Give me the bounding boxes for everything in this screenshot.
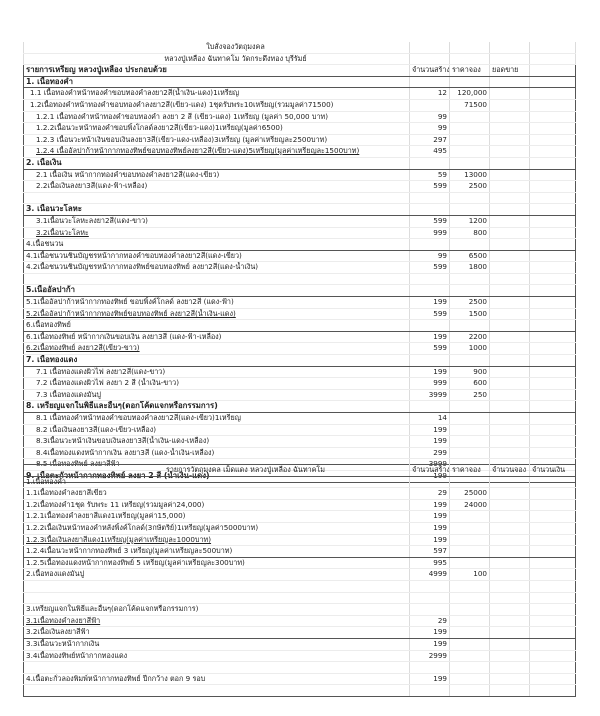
item-qty: 2999 (410, 650, 450, 662)
item-input-2[interactable] (530, 250, 576, 262)
item-input-2[interactable] (530, 215, 576, 227)
item-input[interactable] (490, 557, 530, 569)
item-qty: 199 (410, 366, 450, 378)
item-price (450, 134, 490, 146)
item-input-2[interactable] (530, 580, 576, 592)
item-price: 6500 (450, 250, 490, 262)
table-row: 1.2.1เนื้อทองคำลงยาสีแดง1เหรียญ(มูลค่า15… (24, 511, 576, 523)
item-price: 900 (450, 366, 490, 378)
item-input[interactable] (490, 227, 530, 239)
table-row: 6.2เนื้อทองทิพย์ ลงยา2สี(เขียว-ขาว)59910… (24, 343, 576, 355)
item-qty: 495 (410, 146, 450, 158)
item-price: 1500 (450, 308, 490, 320)
item-qty: 99 (410, 250, 450, 262)
item-price (450, 627, 490, 639)
table-row: 3.1เนื้อนวะโลหะลงยา2สี(แดง-ขาว)5991200 (24, 215, 576, 227)
item-input-2[interactable] (530, 76, 576, 88)
item-input-2[interactable] (530, 534, 576, 546)
item-input[interactable] (490, 343, 530, 355)
item-price (450, 534, 490, 546)
item-input-2[interactable] (530, 99, 576, 111)
item-price: 1800 (450, 262, 490, 274)
item-input-2[interactable] (530, 134, 576, 146)
table-row (24, 580, 576, 592)
item-input[interactable] (490, 378, 530, 390)
item-input[interactable] (490, 476, 530, 488)
item-qty: 199 (410, 331, 450, 343)
table-row: 3.2เนื้อเงินลงยาสีฟ้า199 (24, 627, 576, 639)
item-input-2[interactable] (530, 192, 576, 204)
item-input-2[interactable] (530, 157, 576, 169)
item-qty: 199 (410, 638, 450, 650)
item-input[interactable] (490, 355, 530, 367)
item-label: 1.เนื้อทองคำ (24, 476, 410, 488)
table-row: 8.3เนื้อนวะหน้าเงินขอบเงินลงยา3สี(น้ำเงิ… (24, 436, 576, 448)
item-qty (410, 204, 450, 216)
item-input[interactable] (490, 215, 530, 227)
item-input[interactable] (490, 522, 530, 534)
item-input[interactable] (490, 204, 530, 216)
item-input-2[interactable] (530, 401, 576, 413)
item-price (450, 146, 490, 158)
item-price (450, 273, 490, 285)
item-input[interactable] (490, 592, 530, 604)
item-input[interactable] (490, 123, 530, 135)
item-input[interactable] (490, 389, 530, 401)
item-input-2[interactable] (530, 181, 576, 193)
item-label: 1.2เนื้อทองคำ1ชุด รับพระ 11 เหรียญ(รวมมู… (24, 499, 410, 511)
item-qty (410, 355, 450, 367)
item-input[interactable] (490, 273, 530, 285)
item-input-2[interactable] (530, 262, 576, 274)
item-input-2[interactable] (530, 638, 576, 650)
item-qty: 995 (410, 557, 450, 569)
item-input-2[interactable] (530, 343, 576, 355)
item-input[interactable] (490, 447, 530, 459)
item-qty: 599 (410, 215, 450, 227)
table-row: 2.2เนื้อเงินลงยา3สี(แดง-ฟ้า-เหลือง)59925… (24, 181, 576, 193)
item-input[interactable] (490, 685, 530, 697)
item-qty (410, 592, 450, 604)
table-row: 3. เนื้อนวะโลหะ (24, 204, 576, 216)
item-label: 3.เหรียญแจกในพิธีและอื่นๆ(ดอกโค้ดแจกหรือ… (24, 604, 410, 616)
item-price (450, 557, 490, 569)
item-label: 4.เนื้อชนวน (24, 239, 410, 251)
item-price (450, 476, 490, 488)
table-row (24, 192, 576, 204)
item-label: 1.2.3เนื้อเงินลงยาสีแดง1เหรียญ(มูลค่าเหร… (24, 534, 410, 546)
item-input-2[interactable] (530, 522, 576, 534)
item-price (450, 604, 490, 616)
table-row: 3.3เนื้อนวะหน้ากากเงิน199 (24, 638, 576, 650)
item-label (24, 580, 410, 592)
item-label: 3.3เนื้อนวะหน้ากากเงิน (24, 638, 410, 650)
item-qty: 199 (410, 424, 450, 436)
table-row (24, 662, 576, 674)
item-price: 2200 (450, 331, 490, 343)
item-label: 4.2เนื้อชนวนชินบัญชรหน้ากากทองทิพย์ขอบทอ… (24, 262, 410, 274)
item-price (450, 638, 490, 650)
table-row: 4.1เนื้อชนวนชินบัญชรหน้ากากทองคำขอบทองคำ… (24, 250, 576, 262)
header-label: รายการเหรียญ หลวงปู่เหลือง ประกอบด้วย (24, 65, 410, 77)
item-input[interactable] (490, 134, 530, 146)
item-qty: 29 (410, 488, 450, 500)
header-label: รายการวัตถุมงคล เม็ดแดง หลวงปู่เหลือง ฉั… (24, 465, 410, 477)
item-qty: 999 (410, 227, 450, 239)
item-input[interactable] (490, 111, 530, 123)
item-input-2[interactable] (530, 366, 576, 378)
table-row: 4.เนื้อตะกั่วลองพิมพ์หน้ากากทองทิพย์ ปีก… (24, 673, 576, 685)
table-row: 2.1 เนื้อเงิน หน้ากากทองคำขอบทองคำลงยา2ส… (24, 169, 576, 181)
table-row: 1.2.3 เนื้อนวะหน้าเงินขอบเงินลงยา3สี(เขี… (24, 134, 576, 146)
item-input[interactable] (490, 627, 530, 639)
item-input[interactable] (490, 308, 530, 320)
table-row: 1.2.1 เนื้อทองคำหน้าทองคำขอบทองคำ ลงยา 2… (24, 111, 576, 123)
item-qty (410, 580, 450, 592)
item-input-2[interactable] (530, 673, 576, 685)
item-price (450, 685, 490, 697)
item-label: 7.3 เนื้อทองแดงมันปู (24, 389, 410, 401)
item-input-2[interactable] (530, 88, 576, 100)
item-label: 1.1เนื้อทองคำลงยาสีเขียว (24, 488, 410, 500)
item-input-2[interactable] (530, 447, 576, 459)
item-price (450, 592, 490, 604)
item-input-2[interactable] (530, 488, 576, 500)
item-input-2[interactable] (530, 546, 576, 558)
item-input-2[interactable] (530, 413, 576, 425)
item-qty (410, 76, 450, 88)
table-row: 7.2 เนื้อทองแดงผิวไฟ ลงยา 2 สี (น้ำเงิน-… (24, 378, 576, 390)
table-row: 1. เนื้อทองคำ (24, 76, 576, 88)
item-input-2[interactable] (530, 320, 576, 332)
table-row (24, 592, 576, 604)
item-input[interactable] (490, 331, 530, 343)
item-label: 1. เนื้อทองคำ (24, 76, 410, 88)
table-row: 8. เหรียญแจกในพิธีและอื่นๆ(ดอกโค้ดแจกหรื… (24, 401, 576, 413)
table-row: 1.2.3เนื้อเงินลงยาสีแดง1เหรียญ(มูลค่าเหร… (24, 534, 576, 546)
item-qty: 3999 (410, 389, 450, 401)
item-input[interactable] (490, 366, 530, 378)
item-label: 4.เนื้อตะกั่วลองพิมพ์หน้ากากทองทิพย์ ปีก… (24, 673, 410, 685)
item-label (24, 592, 410, 604)
item-input-2[interactable] (530, 604, 576, 616)
table-row: 1.2.2เนื้อเงินหน้าทองคำหลังพิ้งค์โกลด์(3… (24, 522, 576, 534)
item-price: 2500 (450, 181, 490, 193)
item-price (450, 546, 490, 558)
item-label: 3.2เนื้อเงินลงยาสีฟ้า (24, 627, 410, 639)
item-input[interactable] (490, 157, 530, 169)
item-input[interactable] (490, 76, 530, 88)
item-input[interactable] (490, 285, 530, 297)
item-qty: 199 (410, 436, 450, 448)
item-label: 2. เนื้อเงิน (24, 157, 410, 169)
item-input-2[interactable] (530, 615, 576, 627)
item-input[interactable] (490, 488, 530, 500)
item-qty: 199 (410, 499, 450, 511)
item-label: 1.2.5เนื้อทองแดงหน้ากากทองทิพย์ 5 เหรียญ… (24, 557, 410, 569)
item-input-2[interactable] (530, 123, 576, 135)
table-row: 3.2เนื้อนวะโลหะ999800 (24, 227, 576, 239)
item-label: 8.1 เนื้อทองคำหน้าทองคำขอบทองคำลงยา2สี(แ… (24, 413, 410, 425)
item-price (450, 76, 490, 88)
item-input-2[interactable] (530, 308, 576, 320)
table-row: 1.1 เนื้อทองคำหน้าทองคำขอบทองคำลงยา2สี(น… (24, 88, 576, 100)
table-row: 3.เหรียญแจกในพิธีและอื่นๆ(ดอกโค้ดแจกหรือ… (24, 604, 576, 616)
item-qty: 59 (410, 169, 450, 181)
item-input[interactable] (490, 401, 530, 413)
item-input-2[interactable] (530, 557, 576, 569)
item-label (24, 192, 410, 204)
item-input[interactable] (490, 546, 530, 558)
title-row-1: ใบสั่งจองวัตถุมงคล (24, 42, 576, 53)
item-label: 1.2.2เนื้อเงินหน้าทองคำหลังพิ้งค์โกลด์(3… (24, 522, 410, 534)
item-label: 3.2เนื้อนวะโลหะ (24, 227, 410, 239)
item-input[interactable] (490, 499, 530, 511)
header-extra (530, 65, 576, 77)
item-qty: 299 (410, 447, 450, 459)
item-input-2[interactable] (530, 662, 576, 674)
item-qty (410, 99, 450, 111)
item-input[interactable] (490, 88, 530, 100)
item-price (450, 239, 490, 251)
item-input-2[interactable] (530, 285, 576, 297)
item-input-2[interactable] (530, 355, 576, 367)
item-qty: 199 (410, 534, 450, 546)
table-row: 1.เนื้อทองคำ (24, 476, 576, 488)
item-label: 1.2.4เนื้อนวะหน้ากากทองทิพย์ 3 เหรียญ(มู… (24, 546, 410, 558)
item-price: 1000 (450, 343, 490, 355)
table-row: 2. เนื้อเงิน (24, 157, 576, 169)
table-row: 1.2.4 เนื้ออัลปาก้าหน้ากากทองทิพย์ขอบทอง… (24, 146, 576, 158)
item-qty: 199 (410, 522, 450, 534)
item-input-2[interactable] (530, 650, 576, 662)
table-row: 5.1เนื้ออัลปาก้าหน้ากากทองทิพย์ ขอบพิ้งค… (24, 297, 576, 309)
item-label: 8.2 เนื้อเงินลงยา3สี(แดง-เขียว-เหลือง) (24, 424, 410, 436)
item-input-2[interactable] (530, 297, 576, 309)
table-row: 8.1 เนื้อทองคำหน้าทองคำขอบทองคำลงยา2สี(แ… (24, 413, 576, 425)
item-qty: 599 (410, 262, 450, 274)
item-label (24, 685, 410, 697)
item-price (450, 192, 490, 204)
item-label: 8.4เนื้อทองแดงหน้ากากเงิน ลงยา3สี (แดง-น… (24, 447, 410, 459)
item-input[interactable] (490, 662, 530, 674)
item-price (450, 522, 490, 534)
header-booked: จำนวนจอง (490, 465, 530, 477)
item-qty: 29 (410, 615, 450, 627)
order-form-table-1: ใบสั่งจองวัตถุมงคล หลวงปู่เหลือง ฉันทาคโ… (23, 42, 575, 483)
item-qty (410, 239, 450, 251)
item-input[interactable] (490, 638, 530, 650)
item-price (450, 413, 490, 425)
item-label: 7.2 เนื้อทองแดงผิวไฟ ลงยา 2 สี (น้ำเงิน-… (24, 378, 410, 390)
item-input-2[interactable] (530, 511, 576, 523)
item-input[interactable] (490, 615, 530, 627)
item-input[interactable] (490, 262, 530, 274)
item-qty: 99 (410, 111, 450, 123)
item-price: 2500 (450, 297, 490, 309)
item-input[interactable] (490, 413, 530, 425)
item-price (450, 615, 490, 627)
item-qty (410, 662, 450, 674)
item-qty (410, 273, 450, 285)
item-input[interactable] (490, 181, 530, 193)
item-label: 2.เนื้อทองแดงมันปู (24, 569, 410, 581)
item-price: 120,000 (450, 88, 490, 100)
item-input[interactable] (490, 297, 530, 309)
item-label: 7. เนื้อทองแดง (24, 355, 410, 367)
item-qty (410, 192, 450, 204)
item-qty: 199 (410, 511, 450, 523)
item-input[interactable] (490, 250, 530, 262)
item-qty: 199 (410, 297, 450, 309)
table-row: 7. เนื้อทองแดง (24, 355, 576, 367)
table-header: รายการวัตถุมงคล เม็ดแดง หลวงปู่เหลือง ฉั… (24, 465, 576, 477)
table-row: 1.2.2เนื้อนวะหน้าทองคำขอบพิ้งโกลด์ลงยา2ส… (24, 123, 576, 135)
table-row: 2.เนื้อทองแดงมันปู4999100 (24, 569, 576, 581)
item-price: 13000 (450, 169, 490, 181)
item-input-2[interactable] (530, 239, 576, 251)
item-label: 5.1เนื้ออัลปาก้าหน้ากากทองทิพย์ ขอบพิ้งค… (24, 297, 410, 309)
item-label: 1.2.4 เนื้ออัลปาก้าหน้ากากทองทิพย์ขอบทอง… (24, 146, 410, 158)
item-label: 3.1เนื้อนวะโลหะลงยา2สี(แดง-ขาว) (24, 215, 410, 227)
order-form-table-2: รายการวัตถุมงคล เม็ดแดง หลวงปู่เหลือง ฉั… (23, 464, 575, 697)
item-label (24, 273, 410, 285)
table-row: 1.2.4เนื้อนวะหน้ากากทองทิพย์ 3 เหรียญ(มู… (24, 546, 576, 558)
item-price: 25000 (450, 488, 490, 500)
item-input-2[interactable] (530, 331, 576, 343)
item-qty: 297 (410, 134, 450, 146)
item-qty: 999 (410, 378, 450, 390)
item-price (450, 662, 490, 674)
item-input-2[interactable] (530, 476, 576, 488)
item-input-2[interactable] (530, 685, 576, 697)
item-input-2[interactable] (530, 273, 576, 285)
item-label: 1.2เนื้อทองคำหน้าทองคำขอบทองคำลงยา2สี(เข… (24, 99, 410, 111)
item-input-2[interactable] (530, 592, 576, 604)
item-price (450, 157, 490, 169)
item-qty: 99 (410, 123, 450, 135)
item-input[interactable] (490, 580, 530, 592)
table-row (24, 273, 576, 285)
item-qty: 14 (410, 413, 450, 425)
table-row: 6.1เนื้อทองทิพย์ หน้ากากเงินขอบเงิน ลงยา… (24, 331, 576, 343)
item-input-2[interactable] (530, 111, 576, 123)
item-label: 3.1เนื้อทองคำลงยาสีฟ้า (24, 615, 410, 627)
item-input[interactable] (490, 146, 530, 158)
table-row: 1.2เนื้อทองคำหน้าทองคำขอบทองคำลงยา2สี(เข… (24, 99, 576, 111)
item-input-2[interactable] (530, 627, 576, 639)
item-label: 1.2.1เนื้อทองคำลงยาสีแดง1เหรียญ(มูลค่า15… (24, 511, 410, 523)
item-input-2[interactable] (530, 436, 576, 448)
item-price (450, 580, 490, 592)
item-label: 6.เนื้อทองทิพย์ (24, 320, 410, 332)
item-price: 71500 (450, 99, 490, 111)
item-label: 3.4เนื้อทองทิพย์หน้ากากทองแดง (24, 650, 410, 662)
item-qty: 12 (410, 88, 450, 100)
header-qty: จำนวนสร้าง (410, 465, 450, 477)
item-input-2[interactable] (530, 499, 576, 511)
item-qty: 599 (410, 343, 450, 355)
item-input-2[interactable] (530, 424, 576, 436)
table-row: 4.2เนื้อชนวนชินบัญชรหน้ากากทองทิพย์ขอบทอ… (24, 262, 576, 274)
item-qty (410, 604, 450, 616)
item-price (450, 424, 490, 436)
item-qty: 4999 (410, 569, 450, 581)
item-price (450, 401, 490, 413)
item-input[interactable] (490, 569, 530, 581)
item-input[interactable] (490, 320, 530, 332)
item-input[interactable] (490, 99, 530, 111)
item-input-2[interactable] (530, 169, 576, 181)
item-input[interactable] (490, 511, 530, 523)
table-row: 3.1เนื้อทองคำลงยาสีฟ้า29 (24, 615, 576, 627)
item-qty (410, 285, 450, 297)
table-row: 3.4เนื้อทองทิพย์หน้ากากทองแดง2999 (24, 650, 576, 662)
item-label: 1.2.3 เนื้อนวะหน้าเงินขอบเงินลงยา3สี(เขี… (24, 134, 410, 146)
item-qty (410, 401, 450, 413)
table-header: รายการเหรียญ หลวงปู่เหลือง ประกอบด้วย จำ… (24, 65, 576, 77)
item-input[interactable] (490, 534, 530, 546)
item-input-2[interactable] (530, 569, 576, 581)
item-label: 1.1 เนื้อทองคำหน้าทองคำขอบทองคำลงยา2สี(น… (24, 88, 410, 100)
header-sales: ยอดขาย (490, 65, 530, 77)
item-input-2[interactable] (530, 146, 576, 158)
item-input-2[interactable] (530, 204, 576, 216)
item-price (450, 285, 490, 297)
item-price: 1200 (450, 215, 490, 227)
item-qty: 599 (410, 181, 450, 193)
item-input[interactable] (490, 650, 530, 662)
item-input[interactable] (490, 169, 530, 181)
item-input[interactable] (490, 424, 530, 436)
item-label (24, 662, 410, 674)
item-qty: 599 (410, 308, 450, 320)
item-input[interactable] (490, 436, 530, 448)
item-qty: 199 (410, 673, 450, 685)
item-qty (410, 157, 450, 169)
title-row-2: หลวงปู่เหลือง ฉันทาคโม วัดกระดึงทอง บุรี… (24, 53, 576, 65)
item-price: 250 (450, 389, 490, 401)
item-price (450, 355, 490, 367)
header-amount: จำนวนเงิน (530, 465, 576, 477)
item-input-2[interactable] (530, 227, 576, 239)
item-input[interactable] (490, 192, 530, 204)
item-label: 5.2เนื้ออัลปาก้าหน้ากากทองทิพย์ขอบทองทิพ… (24, 308, 410, 320)
item-price: 600 (450, 378, 490, 390)
table-row: 8.2 เนื้อเงินลงยา3สี(แดง-เขียว-เหลือง)19… (24, 424, 576, 436)
item-input-2[interactable] (530, 389, 576, 401)
item-price (450, 511, 490, 523)
item-label: 2.2เนื้อเงินลงยา3สี(แดง-ฟ้า-เหลือง) (24, 181, 410, 193)
item-input[interactable] (490, 604, 530, 616)
item-qty (410, 685, 450, 697)
item-price (450, 111, 490, 123)
header-qty: จำนวนสร้าง (410, 65, 450, 77)
item-label: 6.2เนื้อทองทิพย์ ลงยา2สี(เขียว-ขาว) (24, 343, 410, 355)
item-input[interactable] (490, 673, 530, 685)
item-price (450, 123, 490, 135)
item-label: 3. เนื้อนวะโลหะ (24, 204, 410, 216)
item-label: 2.1 เนื้อเงิน หน้ากากทองคำขอบทองคำลงยา2ส… (24, 169, 410, 181)
item-input[interactable] (490, 239, 530, 251)
item-label: 8.3เนื้อนวะหน้าเงินขอบเงินลงยา3สี(น้ำเงิ… (24, 436, 410, 448)
item-price (450, 204, 490, 216)
table-row: 5.เนื้ออัลปาก้า (24, 285, 576, 297)
item-label: 4.1เนื้อชนวนชินบัญชรหน้ากากทองคำขอบทองคำ… (24, 250, 410, 262)
item-input-2[interactable] (530, 378, 576, 390)
table-row: 7.1 เนื้อทองแดงผิวไฟ ลงยา2สี(แดง-ขาว)199… (24, 366, 576, 378)
item-price (450, 447, 490, 459)
